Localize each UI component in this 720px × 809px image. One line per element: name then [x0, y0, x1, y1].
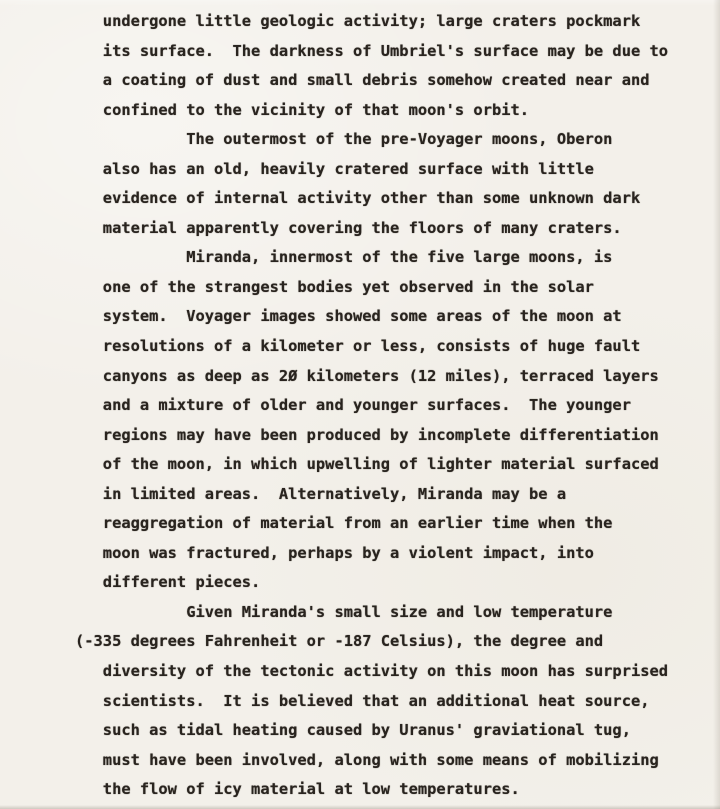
scanned-document-page: undergone little geologic activity; larg… — [0, 0, 720, 809]
text-line: and a mixture of older and younger surfa… — [75, 391, 720, 421]
text-line: must have been involved, along with some… — [75, 746, 720, 776]
text-line: resolutions of a kilometer or less, cons… — [75, 332, 720, 362]
text-line: also has an old, heavily cratered surfac… — [75, 155, 720, 185]
text-line: evidence of internal activity other than… — [75, 184, 720, 214]
text-line: material apparently covering the floors … — [75, 214, 720, 244]
text-line: The outermost of the pre-Voyager moons, … — [75, 125, 720, 155]
text-line: diversity of the tectonic activity on th… — [75, 657, 720, 687]
text-line: its surface. The darkness of Umbriel's s… — [75, 37, 720, 67]
text-line: reaggregation of material from an earlie… — [75, 509, 720, 539]
text-line: in limited areas. Alternatively, Miranda… — [75, 480, 720, 510]
text-line: regions may have been produced by incomp… — [75, 421, 720, 451]
text-line: system. Voyager images showed some areas… — [75, 302, 720, 332]
typewritten-text-block: undergone little geologic activity; larg… — [75, 7, 720, 805]
text-line: Given Miranda's small size and low tempe… — [75, 598, 720, 628]
text-line: the flow of icy material at low temperat… — [75, 775, 720, 805]
text-line: moon was fractured, perhaps by a violent… — [75, 539, 720, 569]
text-line: a coating of dust and small debris someh… — [75, 66, 720, 96]
text-line: Miranda, innermost of the five large moo… — [75, 243, 720, 273]
text-line: one of the strangest bodies yet observed… — [75, 273, 720, 303]
text-line: canyons as deep as 2Ø kilometers (12 mil… — [75, 362, 720, 392]
text-line: different pieces. — [75, 568, 720, 598]
text-line: such as tidal heating caused by Uranus' … — [75, 716, 720, 746]
text-line: undergone little geologic activity; larg… — [75, 7, 720, 37]
text-line: scientists. It is believed that an addit… — [75, 687, 720, 717]
text-line: of the moon, in which upwelling of light… — [75, 450, 720, 480]
text-line: confined to the vicinity of that moon's … — [75, 96, 720, 126]
text-line: (-335 degrees Fahrenheit or -187 Celsius… — [75, 627, 720, 657]
